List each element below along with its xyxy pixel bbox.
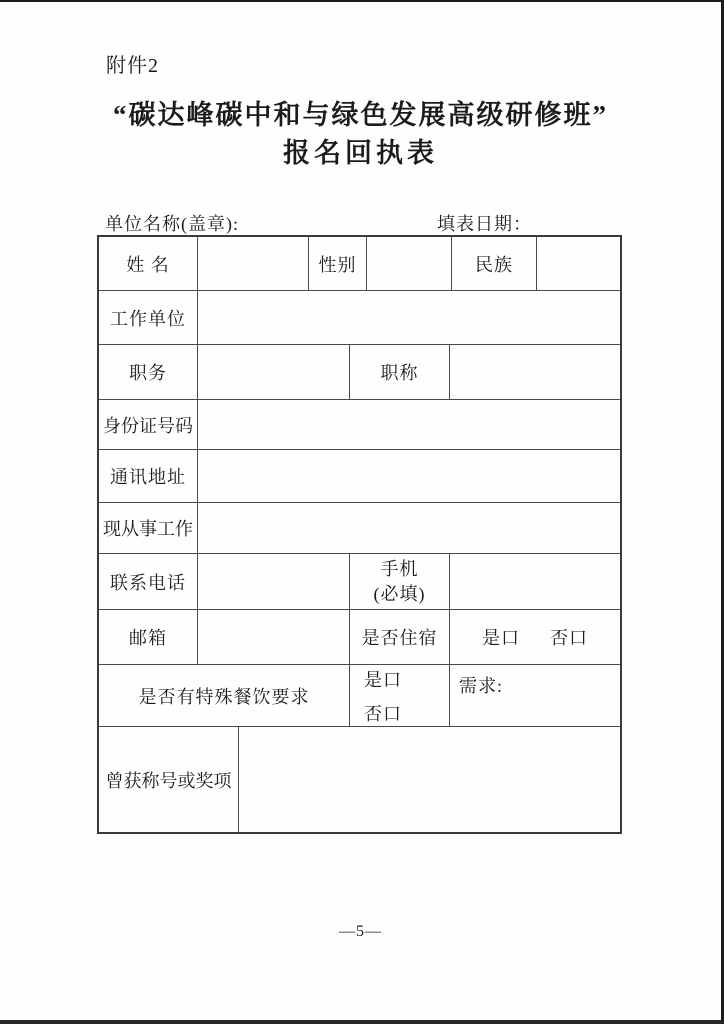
accommodation-label: 是否住宿 — [350, 610, 450, 664]
awards-value-cell — [239, 727, 620, 832]
registration-table: 姓 名 性别 民族 工作单位 职务 职称 身份证号码 通讯地址 — [97, 235, 622, 834]
table-row-position: 职务 职称 — [99, 345, 620, 400]
mobile-label-line1: 手机 — [374, 557, 426, 581]
table-row-address: 通讯地址 — [99, 450, 620, 503]
table-row-current-work: 现从事工作 — [99, 503, 620, 554]
job-title-value-cell — [450, 345, 620, 399]
awards-label: 曾获称号或奖项 — [99, 727, 239, 832]
email-value-cell — [198, 610, 350, 664]
table-row-name: 姓 名 性别 民族 — [99, 237, 620, 291]
gender-value-cell — [367, 237, 452, 290]
current-work-value-cell — [198, 503, 620, 553]
document-subtitle: 报名回执表 — [0, 131, 721, 170]
gender-label: 性别 — [309, 237, 367, 290]
name-value-cell — [198, 237, 309, 290]
current-work-label: 现从事工作 — [99, 503, 198, 553]
work-unit-value-cell — [198, 291, 620, 344]
ethnicity-value-cell — [537, 237, 620, 290]
page-number: —5— — [0, 923, 721, 941]
unit-name-label: 单位名称(盖章): — [105, 210, 239, 236]
mobile-label-line2: (必填) — [374, 582, 426, 606]
table-row-email: 邮箱 是否住宿 是口 否口 — [99, 610, 620, 665]
accommodation-options-cell: 是口 否口 — [450, 610, 620, 664]
accommodation-no-checkbox: 否口 — [550, 624, 588, 650]
email-label: 邮箱 — [99, 610, 198, 664]
table-row-id-number: 身份证号码 — [99, 400, 620, 450]
document-title: “碳达峰碳中和与绿色发展高级研修班” — [0, 93, 721, 132]
mobile-label: 手机 (必填) — [350, 554, 450, 609]
dietary-need-cell: 需求: — [450, 665, 620, 726]
name-label: 姓 名 — [99, 237, 198, 290]
address-value-cell — [198, 450, 620, 502]
dietary-yes-checkbox: 是口 — [364, 666, 402, 692]
phone-label: 联系电话 — [99, 554, 198, 609]
table-row-work-unit: 工作单位 — [99, 291, 620, 345]
mobile-value-cell — [450, 554, 620, 609]
dietary-no-checkbox: 否口 — [364, 700, 402, 726]
document-page: 附件2 “碳达峰碳中和与绿色发展高级研修班” 报名回执表 单位名称(盖章): 填… — [0, 0, 724, 1024]
table-row-awards: 曾获称号或奖项 — [99, 727, 620, 832]
position-label: 职务 — [99, 345, 198, 399]
dietary-options-cell: 是口 否口 — [350, 665, 450, 726]
id-number-value-cell — [198, 400, 620, 449]
ethnicity-label: 民族 — [452, 237, 537, 290]
accommodation-yes-checkbox: 是口 — [482, 624, 520, 650]
work-unit-label: 工作单位 — [99, 291, 198, 344]
dietary-label: 是否有特殊餐饮要求 — [99, 665, 350, 726]
phone-value-cell — [198, 554, 350, 609]
attachment-label: 附件2 — [106, 49, 159, 78]
table-row-phone: 联系电话 手机 (必填) — [99, 554, 620, 610]
table-row-dietary: 是否有特殊餐饮要求 是口 否口 需求: — [99, 665, 620, 727]
address-label: 通讯地址 — [99, 450, 198, 502]
fill-date-label: 填表日期： — [437, 210, 532, 236]
id-number-label: 身份证号码 — [99, 400, 198, 449]
dietary-need-label: 需求: — [459, 672, 503, 698]
position-value-cell — [198, 345, 350, 399]
job-title-label: 职称 — [350, 345, 450, 399]
